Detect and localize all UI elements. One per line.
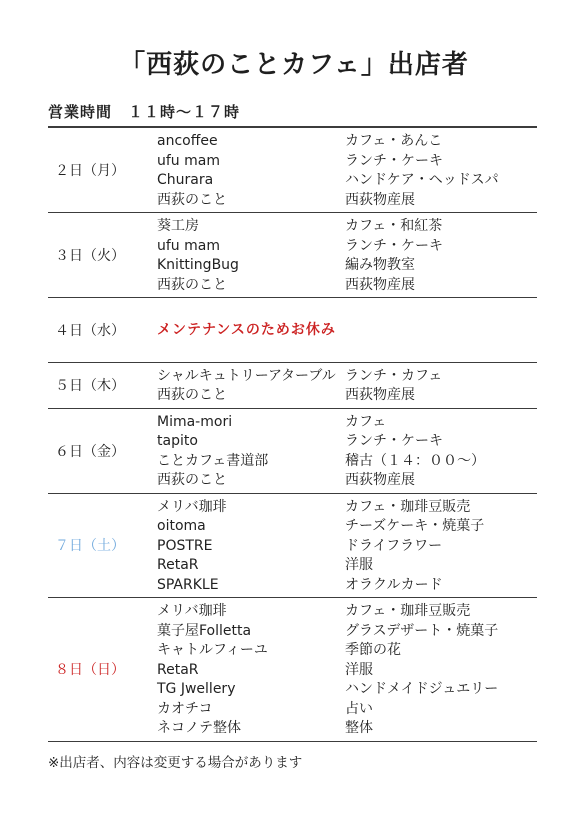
vendor-detail: ランチ・カフェ [345,367,537,387]
entry-list: Mima-moriカフェtapitoランチ・ケーキことカフェ書道部稽古（１４：０… [157,411,537,491]
vendor-detail: グラスデザート・焼菓子 [345,622,537,642]
vendor-detail: カフェ・和紅茶 [345,217,537,237]
schedule-entry: oitomaチーズケーキ・焼菓子 [157,517,537,537]
business-hours: 営業時間 １１時～１７時 [48,101,537,128]
schedule-entry: RetaR洋服 [157,556,537,576]
vendor-detail: チーズケーキ・焼菓子 [345,517,537,537]
schedule-entry: SPARKLEオラクルカード [157,576,537,596]
vendor-name: シャルキュトリーアターブル [157,367,345,387]
vendor-name: Mima-mori [157,413,345,433]
vendor-detail: オラクルカード [345,576,537,596]
vendor-detail: カフェ・珈琲豆販売 [345,498,537,518]
schedule-entry: Mima-moriカフェ [157,413,537,433]
schedule-entry: ネコノテ整体整体 [157,719,537,739]
vendor-name: キャトルフィーユ [157,641,345,661]
vendor-name: POSTRE [157,537,345,557]
schedule-rows: ２日（月） ancoffeeカフェ・あんこufu mamランチ・ケーキChura… [48,128,537,742]
schedule-entry: 西荻のこと西荻物産展 [157,471,537,491]
vendor-name: 西荻のこと [157,276,345,296]
date-label: ７日（土） [48,496,157,596]
vendor-detail: 西荻物産展 [345,191,537,211]
vendor-detail: ドライフラワー [345,537,537,557]
schedule-row: ８日（日） メリバ珈琲カフェ・珈琲豆販売菓子屋Follettaグラスデザート・焼… [48,598,537,742]
schedule-entry: ufu mamランチ・ケーキ [157,152,537,172]
schedule-row: ４日（水） メンテナンスのためお休み [48,298,537,363]
schedule-entry: 菓子屋Follettaグラスデザート・焼菓子 [157,622,537,642]
vendor-detail: 稽古（１４：００～） [345,452,537,472]
schedule-entry: メリバ珈琲カフェ・珈琲豆販売 [157,602,537,622]
date-label: ８日（日） [48,600,157,739]
schedule-entry: キャトルフィーユ季節の花 [157,641,537,661]
vendor-name: oitoma [157,517,345,537]
entry-list: メンテナンスのためお休み [157,319,537,341]
entry-list: メリバ珈琲カフェ・珈琲豆販売oitomaチーズケーキ・焼菓子POSTREドライフ… [157,496,537,596]
schedule-row: ５日（木） シャルキュトリーアターブルランチ・カフェ西荻のこと西荻物産展 [48,363,537,409]
vendor-detail: 西荻物産展 [345,471,537,491]
vendor-name: ufu mam [157,152,345,172]
vendor-detail: 整体 [345,719,537,739]
vendor-detail: ランチ・ケーキ [345,432,537,452]
schedule-table: ２日（月） ancoffeeカフェ・あんこufu mamランチ・ケーキChura… [48,128,537,742]
vendor-name: Churara [157,171,345,191]
schedule-entry: POSTREドライフラワー [157,537,537,557]
vendor-name: tapito [157,432,345,452]
entry-list: メリバ珈琲カフェ・珈琲豆販売菓子屋Follettaグラスデザート・焼菓子キャトル… [157,600,537,739]
schedule-entry: 西荻のこと西荻物産展 [157,191,537,211]
schedule-row: ２日（月） ancoffeeカフェ・あんこufu mamランチ・ケーキChura… [48,128,537,213]
vendor-name: ufu mam [157,237,345,257]
schedule-entry: 西荻のこと西荻物産展 [157,386,537,406]
vendor-name: 西荻のこと [157,386,345,406]
entry-list: 葵工房カフェ・和紅茶ufu mamランチ・ケーキKnittingBug編み物教室… [157,215,537,295]
vendor-detail: ランチ・ケーキ [345,152,537,172]
schedule-entry: ancoffeeカフェ・あんこ [157,132,537,152]
vendor-detail: 季節の花 [345,641,537,661]
vendor-detail: 洋服 [345,661,537,681]
date-label: ２日（月） [48,130,157,210]
vendor-name: 葵工房 [157,217,345,237]
page-title: 「西荻のことカフェ」出店者 [0,0,588,81]
schedule-entry: Churaraハンドケア・ヘッドスパ [157,171,537,191]
vendor-name: 菓子屋Folletta [157,622,345,642]
vendor-detail: ハンドメイドジュエリー [345,680,537,700]
schedule-entry: シャルキュトリーアターブルランチ・カフェ [157,367,537,387]
vendor-detail: 洋服 [345,556,537,576]
vendor-name: RetaR [157,556,345,576]
vendor-name: TG Jwellery [157,680,345,700]
maintenance-notice: メンテナンスのためお休み [157,321,537,341]
schedule-entry: tapitoランチ・ケーキ [157,432,537,452]
schedule-row: ６日（金） Mima-moriカフェtapitoランチ・ケーキことカフェ書道部稽… [48,409,537,494]
vendor-detail: 西荻物産展 [345,386,537,406]
schedule-entry: 葵工房カフェ・和紅茶 [157,217,537,237]
vendor-name: KnittingBug [157,256,345,276]
vendor-name: 西荻のこと [157,191,345,211]
vendor-name: SPARKLE [157,576,345,596]
vendor-detail: カフェ・あんこ [345,132,537,152]
footnote: ※出店者、内容は変更する場合があります [48,751,540,771]
vendor-name: メリバ珈琲 [157,498,345,518]
entry-list: シャルキュトリーアターブルランチ・カフェ西荻のこと西荻物産展 [157,365,537,406]
vendor-name: RetaR [157,661,345,681]
date-label: ４日（水） [48,319,157,341]
schedule-row: ７日（土） メリバ珈琲カフェ・珈琲豆販売oitomaチーズケーキ・焼菓子POST… [48,494,537,599]
vendor-detail: 占い [345,700,537,720]
vendor-detail: 編み物教室 [345,256,537,276]
schedule-entry: 西荻のこと西荻物産展 [157,276,537,296]
vendor-name: カオチコ [157,700,345,720]
date-label: ３日（火） [48,215,157,295]
vendor-detail: ハンドケア・ヘッドスパ [345,171,537,191]
schedule-entry: TG Jwelleryハンドメイドジュエリー [157,680,537,700]
vendor-name: メリバ珈琲 [157,602,345,622]
schedule-row: ３日（火） 葵工房カフェ・和紅茶ufu mamランチ・ケーキKnittingBu… [48,213,537,298]
schedule-entry: カオチコ占い [157,700,537,720]
vendor-detail: カフェ [345,413,537,433]
schedule-entry: メリバ珈琲カフェ・珈琲豆販売 [157,498,537,518]
date-label: ５日（木） [48,365,157,406]
vendor-name: 西荻のこと [157,471,345,491]
schedule-entry: ことカフェ書道部稽古（１４：００～） [157,452,537,472]
document-page: 「西荻のことカフェ」出店者 営業時間 １１時～１７時 ２日（月） ancoffe… [0,0,588,831]
date-label: ６日（金） [48,411,157,491]
entry-list: ancoffeeカフェ・あんこufu mamランチ・ケーキChuraraハンドケ… [157,130,537,210]
schedule-entry: ufu mamランチ・ケーキ [157,237,537,257]
vendor-name: ことカフェ書道部 [157,452,345,472]
schedule-entry: RetaR洋服 [157,661,537,681]
schedule-entry: KnittingBug編み物教室 [157,256,537,276]
vendor-detail: カフェ・珈琲豆販売 [345,602,537,622]
vendor-detail: ランチ・ケーキ [345,237,537,257]
vendor-name: ネコノテ整体 [157,719,345,739]
vendor-name: ancoffee [157,132,345,152]
vendor-detail: 西荻物産展 [345,276,537,296]
